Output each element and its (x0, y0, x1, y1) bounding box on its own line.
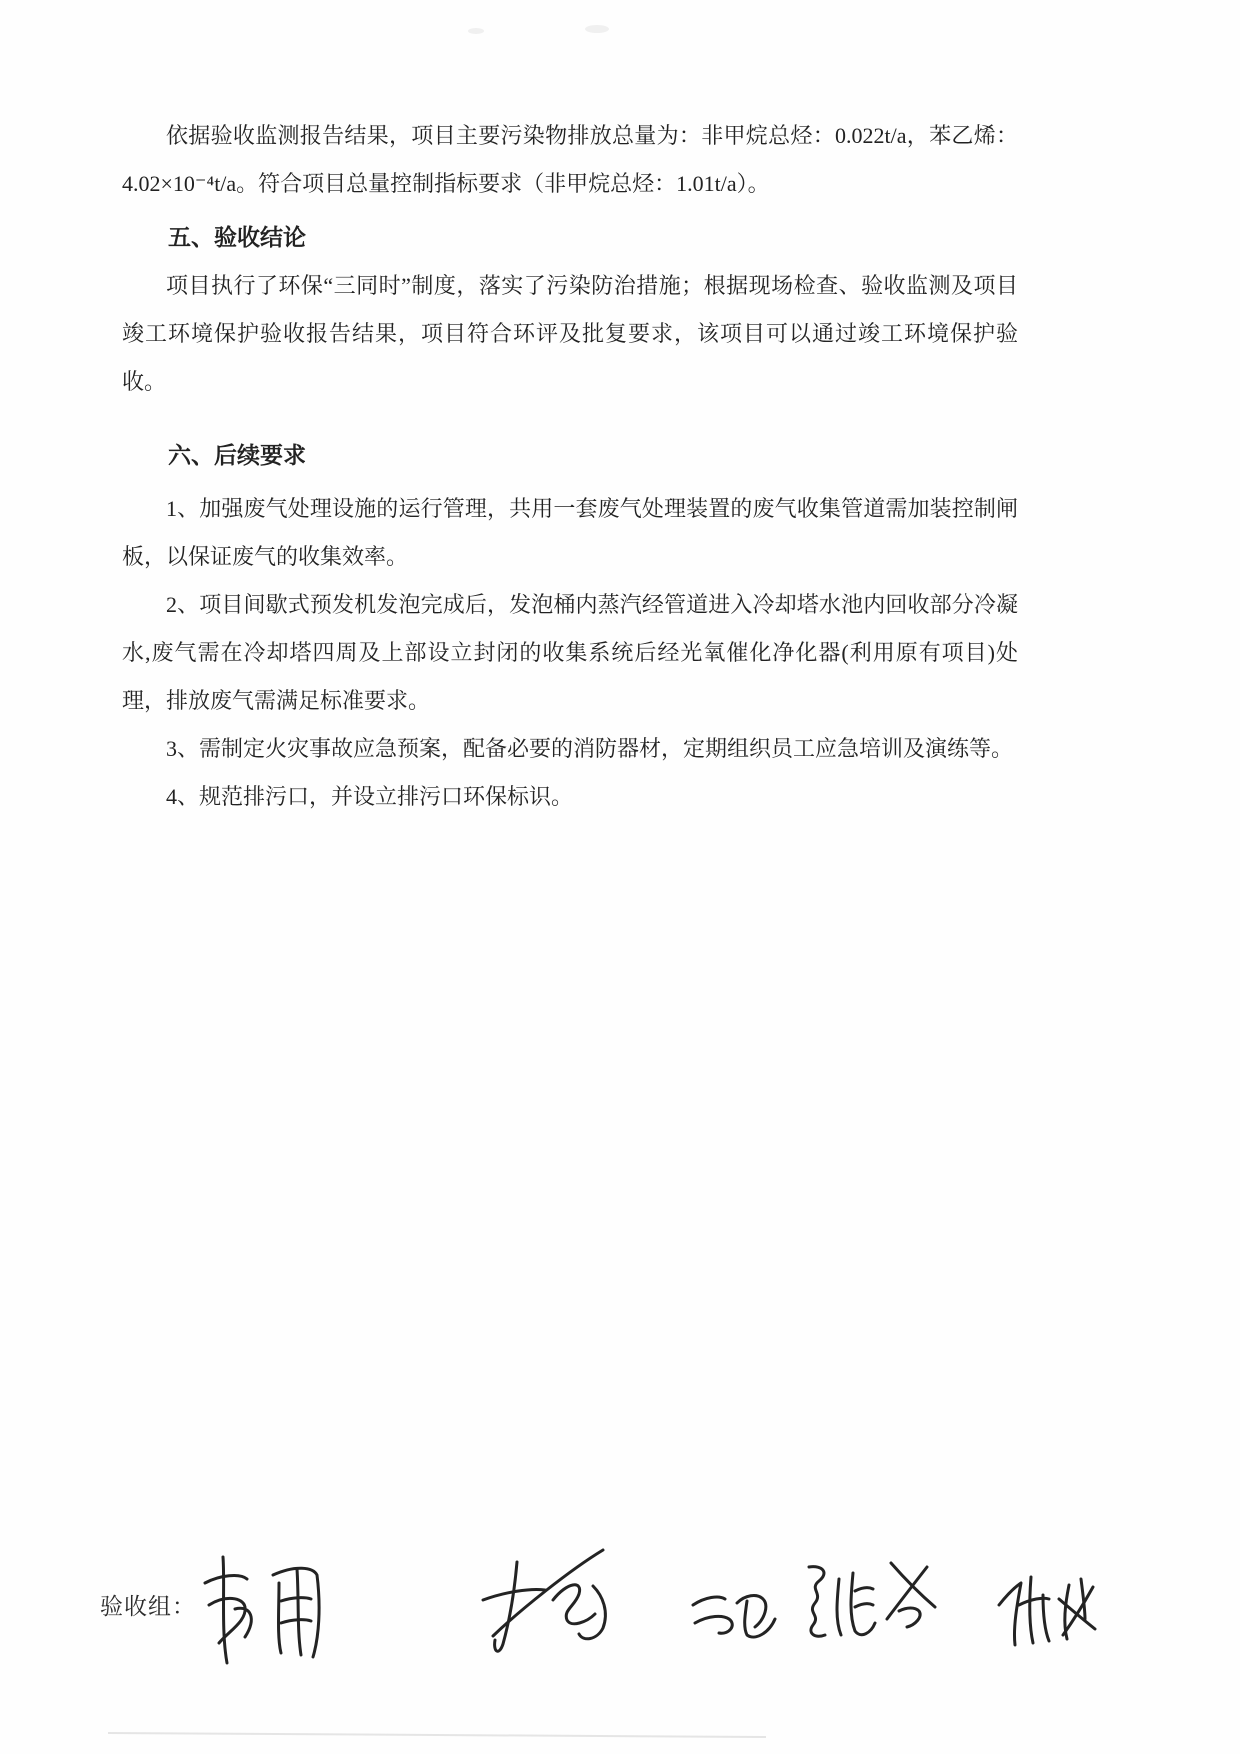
section5-heading: 五、验收结论 (122, 214, 1018, 262)
signature-yangxiang (195, 1545, 340, 1675)
section5-body: 项目执行了环保“三同时”制度，落实了污染防治措施；根据现场检查、验收监测及项目竣… (122, 262, 1018, 406)
signature-fubing (985, 1565, 1105, 1660)
scan-artifact-line (108, 1732, 766, 1738)
requirement-item-4: 4、规范排污口，并设立排污口环保标识。 (122, 773, 1018, 821)
intro-paragraph: 依据验收监测报告结果，项目主要污染物排放总量为：非甲烷总烃：0.022t/a，苯… (122, 112, 1018, 208)
scan-smudge (468, 28, 484, 34)
acceptance-group-label: 验收组： (100, 1588, 196, 1621)
scan-smudge (585, 25, 609, 33)
document-body: 依据验收监测报告结果，项目主要污染物排放总量为：非甲烷总烃：0.022t/a，苯… (122, 112, 1018, 821)
requirement-item-3: 3、需制定火灾事故应急预案，配备必要的消防器材，定期组织员工应急培训及演练等。 (122, 725, 1018, 773)
signature-zhangyueling (795, 1555, 945, 1655)
section6-heading: 六、后续要求 (122, 432, 1018, 480)
requirement-item-1: 1、加强废气处理设施的运行管理，共用一套废气处理装置的废气收集管道需加装控制闸板… (122, 485, 1018, 581)
signature-sunling (475, 1540, 630, 1665)
requirement-item-2: 2、项目间歇式预发机发泡完成后，发泡桶内蒸汽经管道进入冷却塔水池内回收部分冷凝水… (122, 581, 1018, 725)
acceptance-group-signature-row: 验收组： (100, 1540, 1160, 1690)
signature-wangming (685, 1575, 785, 1650)
scanned-document-page: 依据验收监测报告结果，项目主要污染物排放总量为：非甲烷总烃：0.022t/a，苯… (0, 0, 1240, 1754)
